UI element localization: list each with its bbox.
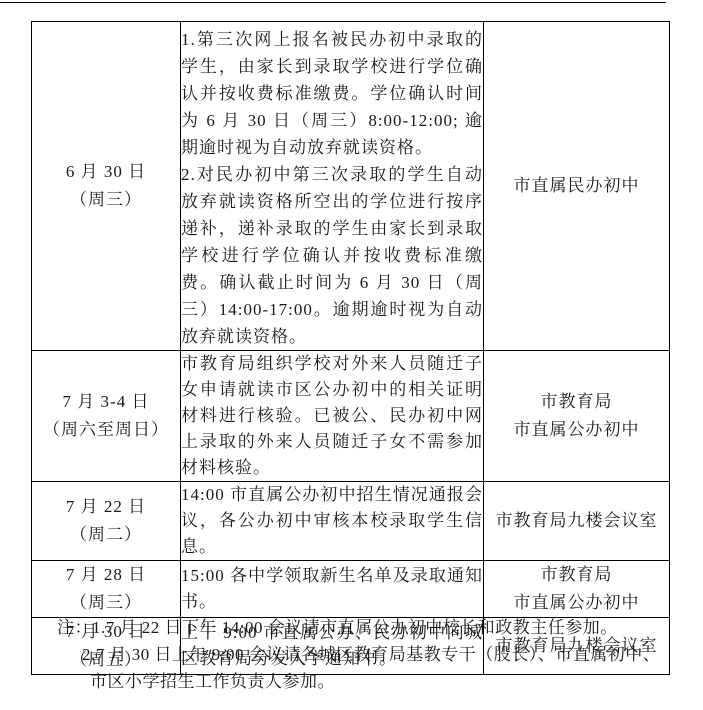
content-paragraph: 15:00 各中学领取新生名单及录取通知书。 [181,563,483,615]
location-line: 市直属公办初中 [484,589,669,617]
location-cell: 市教育局九楼会议室 [484,482,670,561]
location-line: 市教育局九楼会议室 [484,507,669,535]
date-line: 6 月 30 日 [32,158,180,186]
note-line: 市区小学招生工作负责人参加。 [90,668,660,695]
location-line: 市直属公办初中 [484,416,669,444]
date-line: （周二） [32,521,180,549]
location-line: 市教育局 [484,388,669,416]
note-line: 2.7 月 30 日上午 9:00 会议请各城区教育局基教专干（股长）、市直属初… [82,641,660,668]
note-line: 注：1.7 月 22 日下午 14:00 会议请市直属公办初中校长和政教主任参加… [57,614,660,641]
date-line: （周三） [32,589,180,617]
content-paragraph: 1.第三次网上报名被民办初中录取的学生，由家长到录取学校进行学位确认并按收费标准… [181,26,483,161]
date-line: （周六至周日） [32,416,180,444]
document-page: 6 月 30 日 （周三） 1.第三次网上报名被民办初中录取的学生，由家长到录取… [0,0,703,710]
content-cell: 市教育局组织学校对外来人员随迁子女申请就读市区公办初中的相关证明材料进行核验。已… [181,351,484,482]
date-line: 7 月 3-4 日 [32,388,180,416]
table-row: 7 月 28 日 （周三） 15:00 各中学领取新生名单及录取通知书。 市教育… [32,561,670,618]
schedule-table: 6 月 30 日 （周三） 1.第三次网上报名被民办初中录取的学生，由家长到录取… [31,21,670,675]
date-cell: 7 月 28 日 （周三） [32,561,181,618]
content-paragraph: 2.对民办初中第三次录取的学生自动放弃就读资格所空出的学位进行按序递补，递补录取… [181,161,483,350]
location-cell: 市教育局 市直属公办初中 [484,561,670,618]
location-line: 市教育局 [484,561,669,589]
date-line: 7 月 28 日 [32,561,180,589]
content-cell: 15:00 各中学领取新生名单及录取通知书。 [181,561,484,618]
top-divider-line [0,2,666,3]
date-cell: 7 月 3-4 日 （周六至周日） [32,351,181,482]
location-cell: 市教育局 市直属公办初中 [484,351,670,482]
date-cell: 6 月 30 日 （周三） [32,22,181,351]
date-line: （周三） [32,186,180,214]
location-line: 市直属民办初中 [484,172,669,200]
table-row: 7 月 22 日 （周二） 14:00 市直属公办初中招生情况通报会议，各公办初… [32,482,670,561]
table-row: 7 月 3-4 日 （周六至周日） 市教育局组织学校对外来人员随迁子女申请就读市… [32,351,670,482]
content-paragraph: 14:00 市直属公办初中招生情况通报会议，各公办初中审核本校录取学生信息。 [181,482,483,560]
notes-section: 注：1.7 月 22 日下午 14:00 会议请市直属公办初中校长和政教主任参加… [57,614,660,695]
content-cell: 1.第三次网上报名被民办初中录取的学生，由家长到录取学校进行学位确认并按收费标准… [181,22,484,351]
content-cell: 14:00 市直属公办初中招生情况通报会议，各公办初中审核本校录取学生信息。 [181,482,484,561]
content-paragraph: 市教育局组织学校对外来人员随迁子女申请就读市区公办初中的相关证明材料进行核验。已… [181,351,483,481]
table-row: 6 月 30 日 （周三） 1.第三次网上报名被民办初中录取的学生，由家长到录取… [32,22,670,351]
date-cell: 7 月 22 日 （周二） [32,482,181,561]
date-line: 7 月 22 日 [32,493,180,521]
location-cell: 市直属民办初中 [484,22,670,351]
